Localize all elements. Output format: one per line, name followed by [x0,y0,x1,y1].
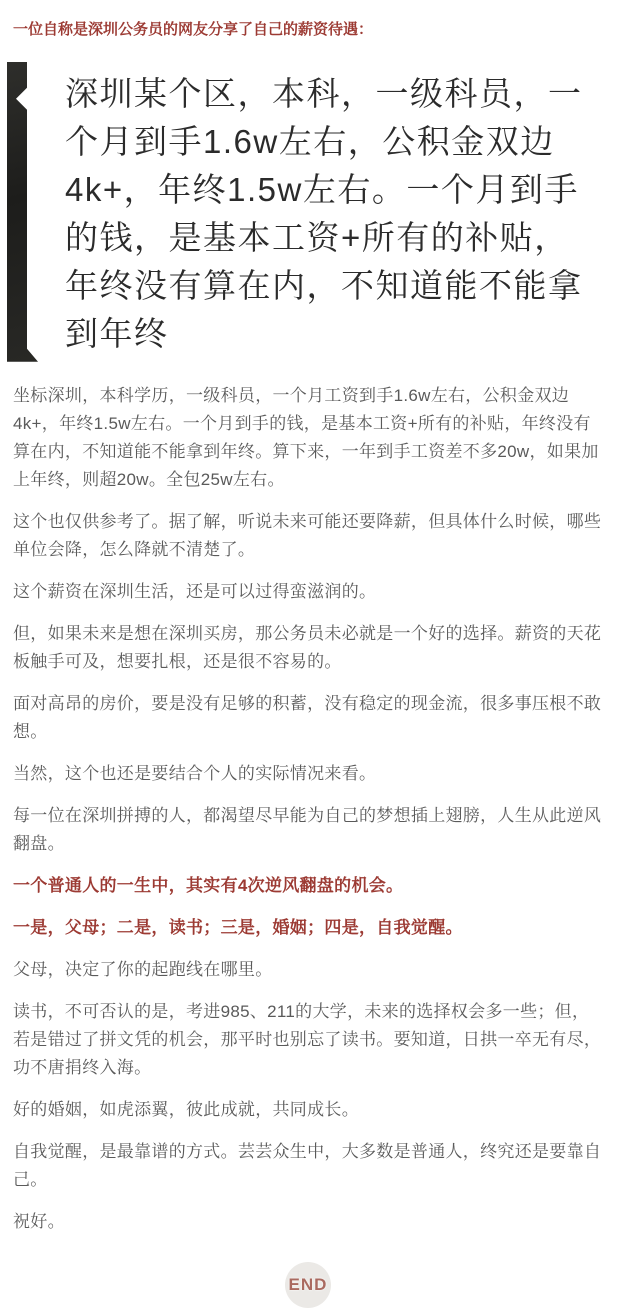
article-footer: END [13,1262,603,1308]
article-lead: 一位自称是深圳公务员的网友分享了自己的薪资待遇： [13,19,603,41]
paragraph: 但，如果未来是想在深圳买房，那公务员未必就是一个好的选择。薪资的天花板触手可及，… [13,620,603,676]
end-badge: END [285,1262,331,1308]
paragraph: 当然，这个也还是要结合个人的实际情况来看。 [13,760,603,788]
paragraph: 面对高昂的房价，要是没有足够的积蓄，没有稳定的现金流，很多事压根不敢想。 [13,690,603,746]
quote-ribbon-icon [7,62,38,362]
paragraph: 读书，不可否认的是，考进985、211的大学，未来的选择权会多一些；但，若是错过… [13,998,603,1082]
quote-text: 深圳某个区，本科，一级科员，一个月到手1.6w左右，公积金双边4k+，年终1.5… [65,70,597,358]
end-label: END [289,1275,328,1295]
paragraph-accent: 一个普通人的一生中，其实有4次逆风翻盘的机会。 [13,872,603,900]
article-page: 一位自称是深圳公务员的网友分享了自己的薪资待遇： 深圳某个区，本科，一级科员，一… [0,0,617,1314]
paragraph: 这个薪资在深圳生活，还是可以过得蛮滋润的。 [13,578,603,606]
paragraph: 自我觉醒，是最靠谱的方式。芸芸众生中，大多数是普通人，终究还是要靠自己。 [13,1138,603,1194]
paragraph-accent: 一是，父母；二是，读书；三是，婚姻；四是，自我觉醒。 [13,914,603,942]
article-body: 坐标深圳，本科学历，一级科员，一个月工资到手1.6w左右，公积金双边4k+，年终… [13,382,603,1236]
paragraph: 坐标深圳，本科学历，一级科员，一个月工资到手1.6w左右，公积金双边4k+，年终… [13,382,603,494]
quote-block: 深圳某个区，本科，一级科员，一个月到手1.6w左右，公积金双边4k+，年终1.5… [7,62,597,362]
paragraph: 这个也仅供参考了。据了解，听说未来可能还要降薪，但具体什么时候，哪些单位会降，怎… [13,508,603,564]
paragraph: 每一位在深圳拼搏的人，都渴望尽早能为自己的梦想插上翅膀，人生从此逆风翻盘。 [13,802,603,858]
paragraph: 父母，决定了你的起跑线在哪里。 [13,956,603,984]
paragraph: 祝好。 [13,1208,603,1236]
paragraph: 好的婚姻，如虎添翼，彼此成就，共同成长。 [13,1096,603,1124]
